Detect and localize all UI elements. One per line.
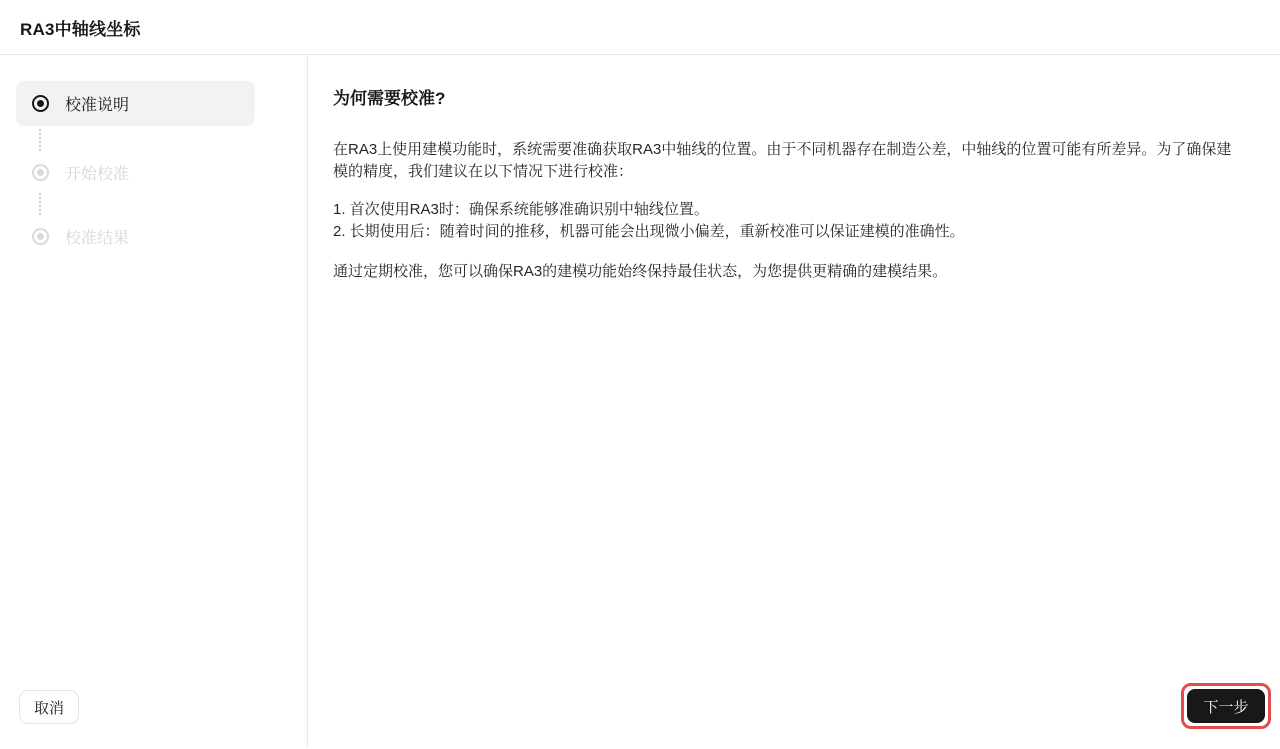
- calibration-wizard-window: RA3中轴线坐标 校准说明 开始校准 校准结果 为何需要校准? 在RA3上使用建…: [0, 0, 1280, 749]
- step-connector-line: [39, 129, 41, 151]
- step-label: 校准说明: [65, 92, 129, 115]
- radio-selected-icon: [32, 164, 49, 181]
- list-item: 1. 首次使用RA3时：确保系统能够准确识别中轴线位置。: [333, 199, 1238, 221]
- closing-paragraph: 通过定期校准，您可以确保RA3的建模功能始终保持最佳状态，为您提供更精确的建模结…: [333, 261, 1238, 283]
- steps-sidebar: 校准说明 开始校准 校准结果: [0, 55, 308, 748]
- intro-paragraph: 在RA3上使用建模功能时，系统需要准确获取RA3中轴线的位置。由于不同机器存在制…: [333, 139, 1238, 183]
- step-item-calibration-result: 校准结果: [16, 218, 255, 254]
- page-title: RA3中轴线坐标: [20, 15, 141, 40]
- next-button-highlight-box: 下一步: [1181, 683, 1271, 729]
- content-heading: 为何需要校准?: [333, 84, 1240, 109]
- wizard-body: 校准说明 开始校准 校准结果 为何需要校准? 在RA3上使用建模功能时，系统需要…: [0, 55, 1280, 748]
- radio-selected-icon: [32, 95, 49, 112]
- step-item-calibration-instructions[interactable]: 校准说明: [16, 81, 255, 126]
- header: RA3中轴线坐标: [0, 0, 1280, 55]
- list-item: 2. 长期使用后：随着时间的推移，机器可能会出现微小偏差，重新校准可以保证建模的…: [333, 221, 1238, 243]
- step-item-start-calibration: 开始校准: [16, 154, 255, 190]
- content-panel: 为何需要校准? 在RA3上使用建模功能时，系统需要准确获取RA3中轴线的位置。由…: [308, 55, 1280, 748]
- step-label: 开始校准: [65, 161, 129, 184]
- next-button[interactable]: 下一步: [1187, 689, 1265, 723]
- cancel-button[interactable]: 取消: [19, 690, 79, 724]
- radio-selected-icon: [32, 228, 49, 245]
- reasons-list: 1. 首次使用RA3时：确保系统能够准确识别中轴线位置。 2. 长期使用后：随着…: [333, 199, 1238, 243]
- step-label: 校准结果: [65, 225, 129, 248]
- step-connector-line: [39, 193, 41, 215]
